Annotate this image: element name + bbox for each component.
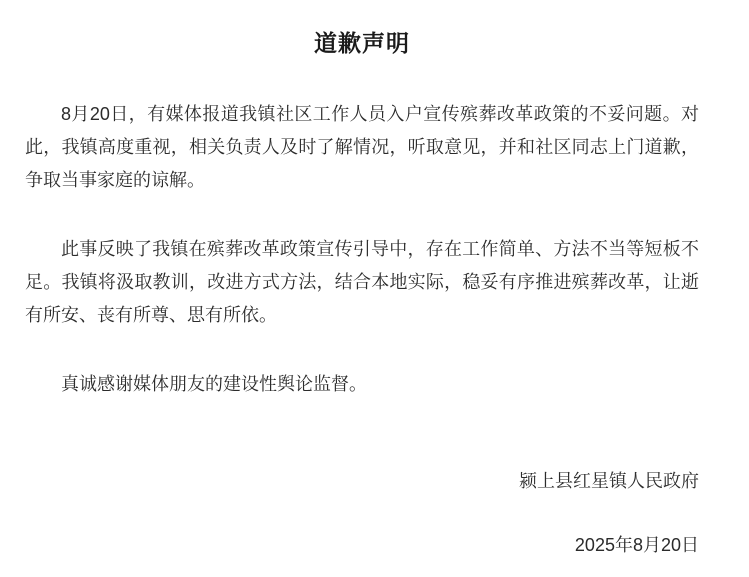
paragraph-reflection-improvement: 此事反映了我镇在殡葬改革政策宣传引导中，存在工作简单、方法不当等短板不足。我镇将…: [25, 233, 699, 332]
signature-issuing-authority: 颍上县红星镇人民政府: [25, 465, 699, 498]
paragraph-thanks-media: 真诚感谢媒体朋友的建设性舆论监督。: [25, 368, 699, 401]
apology-statement-document: 道歉声明 8月20日，有媒体报道我镇社区工作人员入户宣传殡葬改革政策的不妥问题。…: [0, 0, 749, 577]
paragraph-incident-response: 8月20日，有媒体报道我镇社区工作人员入户宣传殡葬改革政策的不妥问题。对此，我镇…: [25, 98, 699, 197]
date-line: 2025年8月20日: [25, 529, 699, 562]
page-title: 道歉声明: [25, 28, 699, 58]
